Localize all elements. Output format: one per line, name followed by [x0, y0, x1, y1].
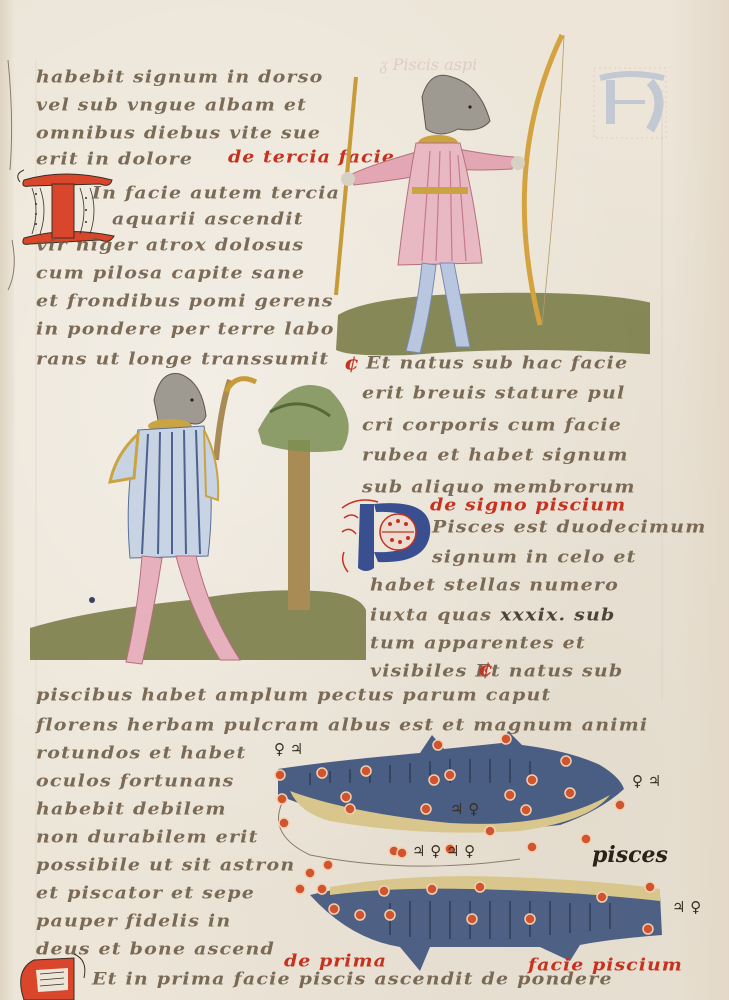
text-line: piscibus habet amplum pectus parum caput: [36, 685, 551, 705]
text-line: rubea et habet signum: [362, 445, 629, 465]
text-line: vir niger atrox dolosus: [36, 235, 304, 255]
text-line: omnibus diebus vite sue: [36, 123, 321, 143]
text-line: et frondibus pomi gerens: [36, 291, 334, 311]
text-line: tum apparentes et: [370, 633, 586, 653]
rubric-de-signo-piscium: de signo piscium: [430, 495, 626, 515]
text-span: iuxta quas: [370, 605, 500, 625]
text-line: habebit debilem: [36, 799, 227, 819]
text-line: et piscator et sepe: [36, 883, 255, 903]
initial-p-icon: [338, 492, 438, 582]
text-line: cri corporis cum facie: [362, 415, 622, 435]
text-line: Pisces est duodecimum: [432, 517, 707, 537]
astro-symbols: ♃ ♀ ♃ ♀: [412, 842, 475, 860]
astro-symbols: ♃ ♀: [450, 800, 479, 818]
astro-symbols: ♀ ♃: [632, 772, 661, 790]
rubric-facie-piscium: facie piscium: [528, 955, 683, 975]
archer-illustration-icon: [330, 25, 650, 365]
numeral: xxxix. sub: [500, 605, 616, 625]
text-line: aquarii ascendit: [112, 209, 304, 229]
text-line: vel sub vngue albam et: [36, 95, 307, 115]
initial-e-icon: [4, 950, 94, 1000]
text-line: iuxta quas xxxix. sub: [370, 605, 616, 625]
manuscript-page: ᵹ Piscis aspi habebit signum in dorso ve…: [0, 0, 729, 1000]
paragraph-mark-icon: ¢: [344, 351, 360, 374]
text-line: signum in celo et: [432, 547, 637, 567]
text-line: habebit signum in dorso: [36, 67, 324, 87]
astro-symbols: ♃ ♀: [672, 898, 701, 916]
rubric-de-prima: de prima: [284, 951, 387, 971]
text-line: erit breuis stature pul: [362, 383, 625, 403]
paragraph-mark-icon: ¢: [478, 657, 494, 680]
text-line: Et natus sub hac facie: [366, 353, 628, 373]
text-line: non durabilem erit: [36, 827, 259, 847]
text-line: in pondere per terre labo: [36, 319, 335, 339]
text-line: pauper fidelis in: [36, 911, 231, 931]
figure-with-branch-illustration-icon: [30, 360, 370, 680]
text-line: possibile ut sit astron: [36, 855, 295, 875]
text-line: visibiles Et natus sub: [370, 661, 623, 681]
constellation-label: pisces: [592, 842, 668, 868]
text-line: In facie autem tercia: [92, 183, 340, 203]
text-span: vel sub vngue albam et: [36, 95, 307, 115]
text-line: cum pilosa capite sane: [36, 263, 305, 283]
text-line: habet stellas numero: [370, 575, 619, 595]
text-line: oculos fortunans: [36, 771, 235, 791]
text-line: rotundos et habet: [36, 743, 247, 763]
